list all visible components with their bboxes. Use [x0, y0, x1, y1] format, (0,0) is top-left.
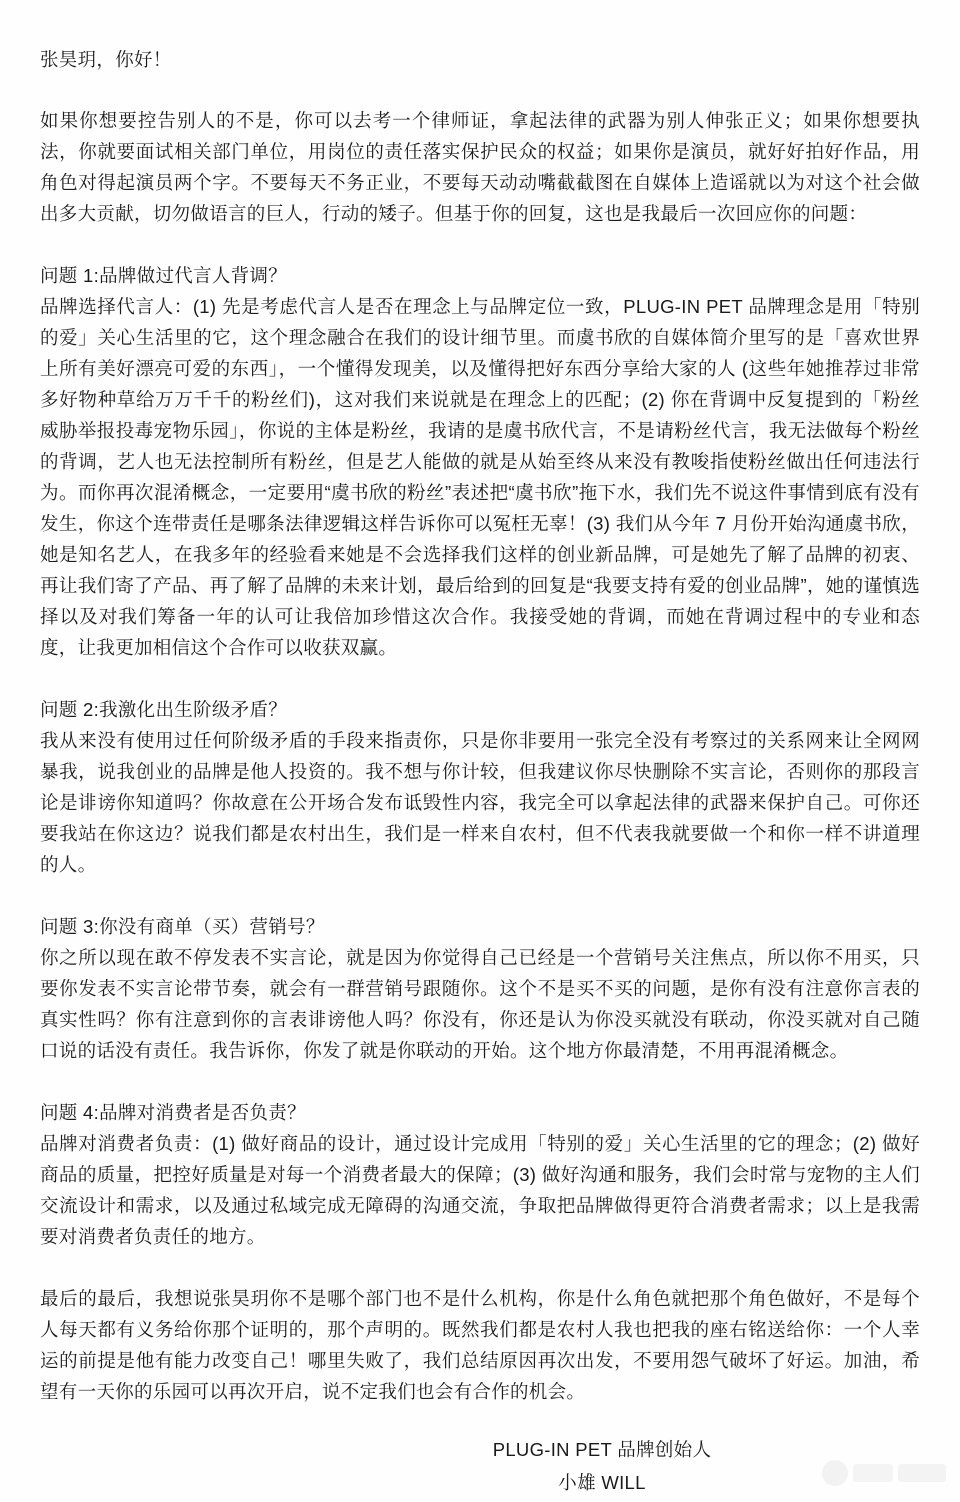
letter-document: 张昊玥，你好！ 如果你想要控告别人的不是，你可以去考一个律师证，拿起法律的武器为… — [0, 0, 960, 1502]
question-1-title: 问题 1:品牌做过代言人背调？ — [40, 260, 920, 291]
question-3-title: 问题 3:你没有商单（买）营销号？ — [40, 911, 920, 942]
watermark — [822, 1456, 952, 1490]
watermark-text-blob — [898, 1464, 946, 1482]
closing-paragraph: 最后的最后，我想说张昊玥你不是哪个部门也不是什么机构，你是什么角色就把那个角色做… — [40, 1283, 920, 1407]
question-4-body: 品牌对消费者负责：(1) 做好商品的设计，通过设计完成用「特别的爱」关心生活里的… — [40, 1128, 920, 1252]
question-2-body: 我从来没有使用过任何阶级矛盾的手段来指责你，只是你非要用一张完全没有考察过的关系… — [40, 725, 920, 880]
section-question-3: 问题 3:你没有商单（买）营销号？ 你之所以现在敢不停发表不实言论，就是因为你觉… — [40, 911, 920, 1066]
greeting: 张昊玥，你好！ — [40, 44, 920, 75]
watermark-text-blob — [853, 1464, 893, 1482]
question-4-title: 问题 4:品牌对消费者是否负责？ — [40, 1097, 920, 1128]
question-3-body: 你之所以现在敢不停发表不实言论，就是因为你觉得自己已经是一个营销号关注焦点，所以… — [40, 942, 920, 1066]
section-question-1: 问题 1:品牌做过代言人背调？ 品牌选择代言人：(1) 先是考虑代言人是否在理念… — [40, 260, 920, 663]
intro-paragraph: 如果你想要控告别人的不是，你可以去考一个律师证，拿起法律的武器为别人伸张正义；如… — [40, 105, 920, 229]
section-question-2: 问题 2:我激化出生阶级矛盾？ 我从来没有使用过任何阶级矛盾的手段来指责你，只是… — [40, 694, 920, 880]
question-1-body: 品牌选择代言人：(1) 先是考虑代言人是否在理念上与品牌定位一致，PLUG-IN… — [40, 291, 920, 663]
question-2-title: 问题 2:我激化出生阶级矛盾？ — [40, 694, 920, 725]
section-question-4: 问题 4:品牌对消费者是否负责？ 品牌对消费者负责：(1) 做好商品的设计，通过… — [40, 1097, 920, 1252]
watermark-logo-blob — [822, 1460, 848, 1486]
